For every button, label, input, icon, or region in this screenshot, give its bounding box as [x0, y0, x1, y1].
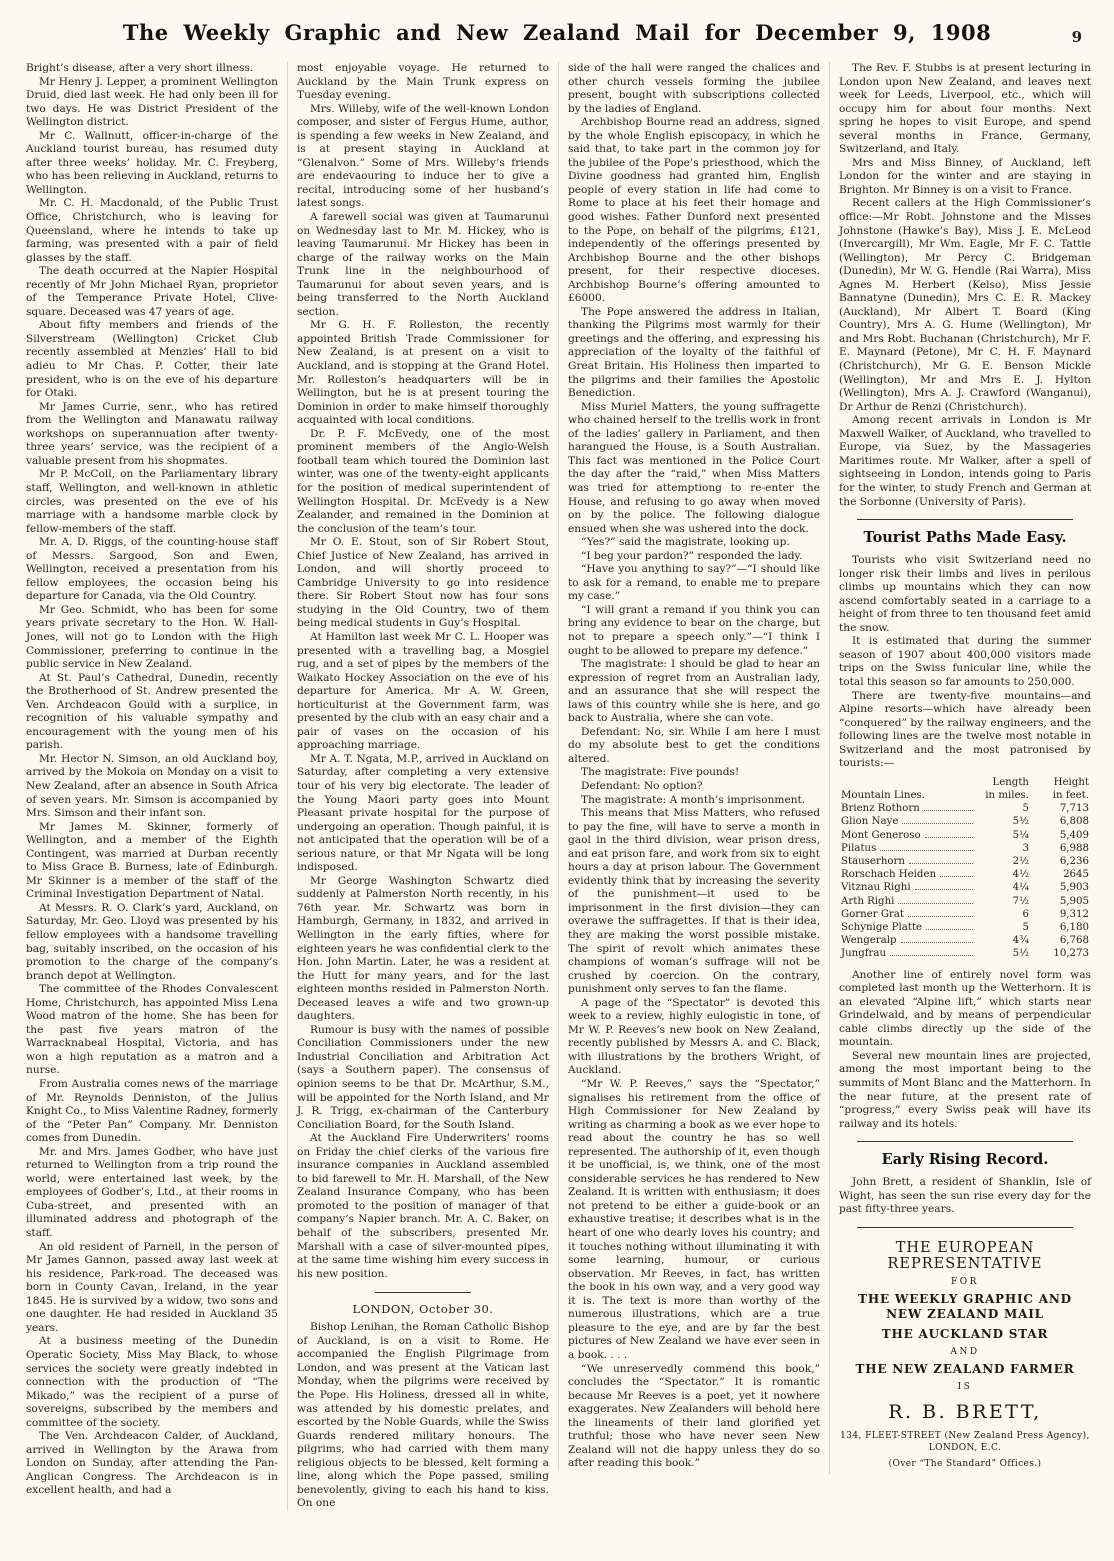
feet-cell: 6,808 — [1029, 815, 1089, 828]
mountain-name-cell: Brienz Rothorn — [841, 802, 920, 815]
ad-line: THE AUCKLAND STAR — [853, 1327, 1077, 1342]
section-heading: Tourist Paths Made Easy. — [839, 529, 1091, 546]
article-paragraph: Mr James Currie, senr., who has retired … — [26, 401, 278, 469]
table-row: Schynige Platte56,180 — [841, 921, 1089, 934]
feet-cell: 7,713 — [1029, 802, 1089, 815]
ad-line: 134, FLEET-STREET (New Zealand Press Age… — [839, 1430, 1091, 1454]
dot-leader — [898, 903, 973, 904]
article-paragraph: most enjoyable voyage. He returned to Au… — [297, 62, 549, 103]
table-row: Arth Righi7½5,905 — [841, 895, 1089, 908]
article-paragraph: Mr O. E. Stout, son of Sir Robert Stout,… — [297, 536, 549, 631]
feet-cell: 2645 — [1029, 868, 1089, 881]
article-paragraph: “Yes?” said the magistrate, looking up. — [568, 536, 820, 550]
dot-leader — [908, 916, 973, 917]
columns-container: Bright’s disease, after a very short ill… — [0, 52, 1114, 1511]
mountain-name-cell: Wengeralp — [841, 934, 897, 947]
article-paragraph: Dr. P. F. McEvedy, one of the most promi… — [297, 428, 549, 536]
column-4: The Rev. F. Stubbs is at present lecturi… — [829, 62, 1091, 1474]
table-row: Pilatus36,988 — [841, 842, 1089, 855]
table-header-cell: in feet. — [1029, 789, 1089, 802]
article-paragraph: At a business meeting of the Dunedin Ope… — [26, 1335, 278, 1430]
article-paragraph: Mr Henry J. Lepper, a prominent Wellingt… — [26, 76, 278, 130]
article-paragraph: The Ven. Archdeacon Calder, of Auckland,… — [26, 1430, 278, 1498]
dot-leader — [880, 850, 973, 851]
dot-leader — [909, 863, 973, 864]
article-paragraph: Mr. and Mrs. James Godber, who have just… — [26, 1146, 278, 1241]
newspaper-page: The Weekly Graphic and New Zealand Mail … — [0, 0, 1114, 1561]
article-paragraph: Mr. Hector N. Simson, an old Auckland bo… — [26, 753, 278, 821]
article-paragraph: Defendant: No, sir. While I am here I mu… — [568, 726, 820, 767]
miles-cell: 5½ — [977, 815, 1029, 828]
table-row: Rorschach Heiden4½2645 — [841, 868, 1089, 881]
divider-rule — [375, 1292, 471, 1293]
article-paragraph: Mr George Washington Schwartz died sudde… — [297, 875, 549, 1024]
article-paragraph: The magistrate: Five pounds! — [568, 766, 820, 780]
feet-cell: 6,988 — [1029, 842, 1089, 855]
table-row: Glion Naye5½6,808 — [841, 815, 1089, 828]
article-paragraph: The magistrate: I should be glad to hear… — [568, 658, 820, 726]
article-paragraph: Miss Muriel Matters, the young suffraget… — [568, 401, 820, 536]
table-row: Gorner Grat69,312 — [841, 908, 1089, 921]
article-paragraph: Tourists who visit Switzerland need no l… — [839, 554, 1091, 635]
feet-cell: 6,768 — [1029, 934, 1089, 947]
article-paragraph: At Hamilton last week Mr C. L. Hooper wa… — [297, 631, 549, 753]
table-row: Brienz Rothorn57,713 — [841, 802, 1089, 815]
ad-line: (Over “The Standard” Offices.) — [839, 1458, 1091, 1470]
representative-advertisement: THE EUROPEAN REPRESENTATIVEFORTHE WEEKLY… — [839, 1240, 1091, 1470]
mountain-name-cell: Rorschach Heiden — [841, 868, 936, 881]
article-paragraph: A page of the “Spectator” is devoted thi… — [568, 997, 820, 1078]
mountain-name-cell: Pilatus — [841, 842, 876, 855]
column-2: most enjoyable voyage. He returned to Au… — [287, 62, 549, 1511]
feet-cell: 6,180 — [1029, 921, 1089, 934]
miles-cell: 4½ — [977, 868, 1029, 881]
article-paragraph: Mr Geo. Schmidt, who has been for some y… — [26, 604, 278, 672]
page-title: The Weekly Graphic and New Zealand Mail … — [123, 20, 991, 45]
masthead: The Weekly Graphic and New Zealand Mail … — [0, 0, 1114, 52]
table-header-cell: in miles. — [977, 789, 1029, 802]
miles-cell: 5¼ — [977, 829, 1029, 842]
miles-cell: 5½ — [977, 947, 1029, 960]
dot-leader — [924, 810, 973, 811]
article-paragraph: Bishop Lenihan, the Roman Catholic Bisho… — [297, 1321, 549, 1511]
article-paragraph: Recent callers at the High Commissioner’… — [839, 197, 1091, 414]
ad-line: THE NEW ZEALAND FARMER — [853, 1362, 1077, 1377]
ad-line: R. B. BRETT, — [839, 1401, 1091, 1423]
divider-rule — [857, 519, 1073, 520]
article-paragraph: Among recent arrivals in London is Mr Ma… — [839, 414, 1091, 509]
article-paragraph: Mr. A. D. Riggs, of the counting-house s… — [26, 536, 278, 604]
article-paragraph: Mrs and Miss Binney, of Auckland, left L… — [839, 157, 1091, 198]
divider-rule — [857, 1141, 1073, 1142]
article-paragraph: Mr A. T. Ngata, M.P., arrived in Aucklan… — [297, 753, 549, 875]
miles-cell: 3 — [977, 842, 1029, 855]
article-paragraph: A farewell social was given at Taumarunu… — [297, 211, 549, 319]
ad-line: THE EUROPEAN REPRESENTATIVE — [839, 1240, 1091, 1272]
article-paragraph: There are twenty-five mountains—and Alpi… — [839, 690, 1091, 771]
table-row: Stauserhorn2½6,236 — [841, 855, 1089, 868]
article-paragraph: An old resident of Parnell, in the perso… — [26, 1241, 278, 1336]
miles-cell: 4¾ — [977, 934, 1029, 947]
miles-cell: 7½ — [977, 895, 1029, 908]
article-paragraph: Mr G. H. F. Rolleston, the recently appo… — [297, 319, 549, 427]
feet-cell: 5,905 — [1029, 895, 1089, 908]
table-row: Mont Generoso5¼5,409 — [841, 829, 1089, 842]
table-row: Wengeralp4¾6,768 — [841, 934, 1089, 947]
article-paragraph: From Australia comes news of the marriag… — [26, 1078, 278, 1146]
mountain-name-cell: Gorner Grat — [841, 908, 904, 921]
article-paragraph: Mr P. McColl, on the Parliamentary libra… — [26, 468, 278, 536]
mountain-name-cell: Vitznau Righi — [841, 881, 911, 894]
miles-cell: 2½ — [977, 855, 1029, 868]
dot-leader — [902, 823, 973, 824]
mountain-name-cell: Arth Righi — [841, 895, 894, 908]
mountain-name-cell: Stauserhorn — [841, 855, 905, 868]
article-paragraph: “Have you anything to say?”—“I should li… — [568, 563, 820, 604]
article-paragraph: Mrs. Willeby, wife of the well-known Lon… — [297, 103, 549, 211]
feet-cell: 6,236 — [1029, 855, 1089, 868]
article-paragraph: The Pope answered the address in Italian… — [568, 306, 820, 401]
feet-cell: 9,312 — [1029, 908, 1089, 921]
article-paragraph: Rumour is busy with the names of possibl… — [297, 1024, 549, 1132]
article-paragraph: About fifty members and friends of the S… — [26, 319, 278, 400]
page-number: 9 — [1072, 28, 1082, 46]
article-paragraph: “Mr W. P. Reeves,” says the “Spectator,”… — [568, 1078, 820, 1362]
table-header-cell: Mountain Lines. — [841, 789, 977, 802]
table-header-row: LengthHeight — [841, 776, 1089, 789]
dateline: LONDON, October 30. — [297, 1302, 549, 1316]
ad-line: FOR — [839, 1277, 1091, 1287]
ad-line: THE WEEKLY GRAPHIC AND NEW ZEALAND MAIL — [853, 1292, 1077, 1322]
dot-leader — [926, 929, 973, 930]
article-paragraph: Another line of entirely novel form was … — [839, 969, 1091, 1050]
mountain-lines-table: LengthHeightMountain Lines.in miles.in f… — [841, 776, 1089, 961]
article-paragraph: “We unreservedly commend this book,” con… — [568, 1363, 820, 1471]
miles-cell: 5 — [977, 802, 1029, 815]
article-paragraph: Several new mountain lines are projected… — [839, 1050, 1091, 1131]
article-paragraph: The magistrate: A month’s imprisonment. — [568, 794, 820, 808]
article-paragraph: The committee of the Rhodes Convalescent… — [26, 983, 278, 1078]
article-paragraph: side of the hall were ranged the chalice… — [568, 62, 820, 116]
table-header-cell: Length — [977, 776, 1029, 789]
article-paragraph: “I will grant a remand if you think you … — [568, 604, 820, 658]
dot-leader — [915, 889, 973, 890]
section-heading: Early Rising Record. — [839, 1151, 1091, 1168]
feet-cell: 10,273 — [1029, 947, 1089, 960]
dot-leader — [940, 876, 973, 877]
divider-rule — [857, 1227, 1073, 1228]
article-paragraph: Mr James M. Skinner, formerly of Welling… — [26, 821, 278, 902]
ad-line: AND — [839, 1347, 1091, 1357]
miles-cell: 4¼ — [977, 881, 1029, 894]
column-3: side of the hall were ranged the chalice… — [558, 62, 820, 1471]
table-header-row: Mountain Lines.in miles.in feet. — [841, 789, 1089, 802]
feet-cell: 5,903 — [1029, 881, 1089, 894]
article-paragraph: It is estimated that during the summer s… — [839, 635, 1091, 689]
feet-cell: 5,409 — [1029, 829, 1089, 842]
article-paragraph: Mr. C. H. Macdonald, of the Public Trust… — [26, 197, 278, 265]
dot-leader — [890, 955, 973, 956]
article-paragraph: The death occurred at the Napier Hospita… — [26, 265, 278, 319]
table-row: Jungfrau5½10,273 — [841, 947, 1089, 960]
article-paragraph: Defendant: No option? — [568, 780, 820, 794]
article-paragraph: Archbishop Bourne read an address, signe… — [568, 116, 820, 306]
miles-cell: 6 — [977, 908, 1029, 921]
article-paragraph: Bright’s disease, after a very short ill… — [26, 62, 278, 76]
miles-cell: 5 — [977, 921, 1029, 934]
mountain-name-cell: Mont Generoso — [841, 829, 921, 842]
article-paragraph: At the Auckland Fire Underwriters’ rooms… — [297, 1132, 549, 1281]
table-row: Vitznau Righi4¼5,903 — [841, 881, 1089, 894]
article-paragraph: At Messrs. R. O. Clark’s yard, Auckland,… — [26, 902, 278, 983]
mountain-name-cell: Jungfrau — [841, 947, 886, 960]
mountain-name-cell: Schynige Platte — [841, 921, 922, 934]
article-paragraph: At St. Paul’s Cathedral, Dunedin, recent… — [26, 672, 278, 753]
column-1: Bright’s disease, after a very short ill… — [26, 62, 278, 1498]
article-paragraph: John Brett, a resident of Shanklin, Isle… — [839, 1176, 1091, 1217]
dot-leader — [901, 942, 973, 943]
article-paragraph: The Rev. F. Stubbs is at present lecturi… — [839, 62, 1091, 157]
table-header-cell: Height — [1029, 776, 1089, 789]
ad-line: IS — [839, 1382, 1091, 1392]
article-paragraph: This means that Miss Matters, who refuse… — [568, 807, 820, 997]
mountain-name-cell: Glion Naye — [841, 815, 898, 828]
article-paragraph: Mr C. Wallnutt, officer-in-charge of the… — [26, 130, 278, 198]
dot-leader — [925, 837, 973, 838]
article-paragraph: “I beg your pardon?” responded the lady. — [568, 550, 820, 564]
